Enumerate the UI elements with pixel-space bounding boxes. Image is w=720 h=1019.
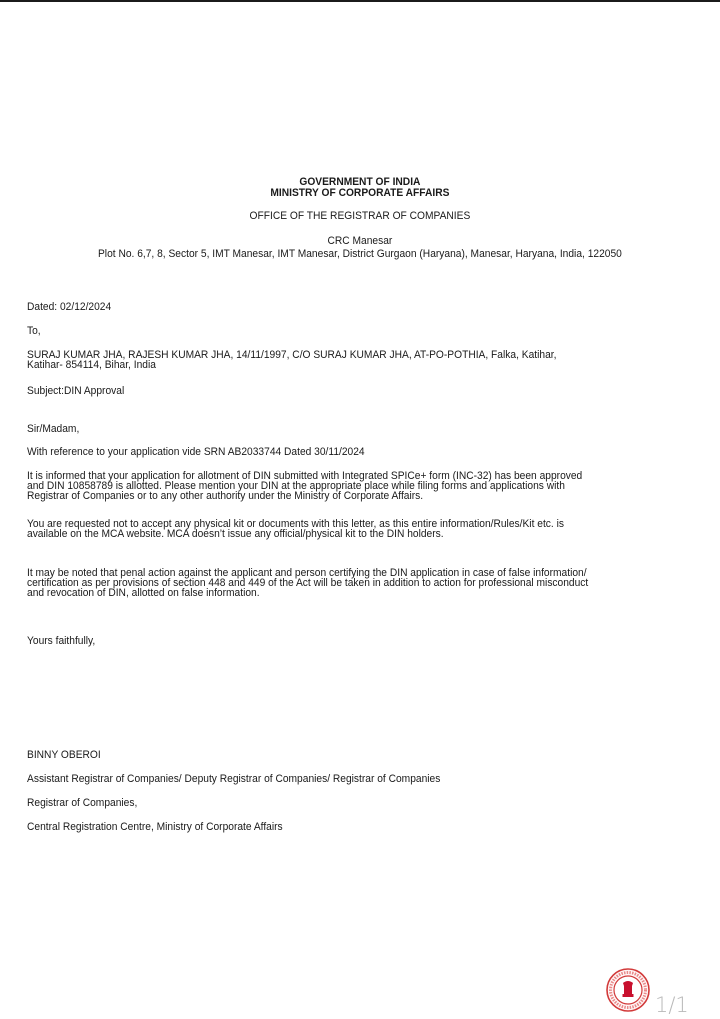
header-ministry: MINISTRY OF CORPORATE AFFAIRS xyxy=(0,188,720,199)
signatory-designation: Assistant Registrar of Companies/ Deputy… xyxy=(27,774,440,785)
letter-closing: Yours faithfully, xyxy=(27,636,95,647)
signatory-name: BINNY OBEROI xyxy=(27,750,101,761)
paragraph-line: available on the MCA website. MCA doesn’… xyxy=(27,529,564,539)
signatory-office: Registrar of Companies, xyxy=(27,798,137,809)
paragraph-penal-action: It may be noted that penal action agains… xyxy=(27,568,588,598)
letter-reference: With reference to your application vide … xyxy=(27,447,365,458)
letter-date: Dated: 02/12/2024 xyxy=(27,302,111,313)
paragraph-line: Registrar of Companies or to any other a… xyxy=(27,491,582,501)
letter-salutation: Sir/Madam, xyxy=(27,424,79,435)
letter-subject: Subject:DIN Approval xyxy=(27,386,124,397)
viewer-top-bar xyxy=(0,0,720,2)
paragraph-physical-kit: You are requested not to accept any phys… xyxy=(27,519,564,539)
letter-to: To, xyxy=(27,326,41,337)
page-indicator: 1/1 xyxy=(655,995,689,1016)
recipient-line: Katihar- 854114, Bihar, India xyxy=(27,360,556,370)
ministry-seal-icon xyxy=(605,967,651,1013)
signatory-centre: Central Registration Centre, Ministry of… xyxy=(27,822,283,833)
recipient-address: SURAJ KUMAR JHA, RAJESH KUMAR JHA, 14/11… xyxy=(27,350,556,370)
paragraph-din-allotment: It is informed that your application for… xyxy=(27,471,582,501)
header-address: Plot No. 6,7, 8, Sector 5, IMT Manesar, … xyxy=(0,249,720,260)
paragraph-line: and revocation of DIN, allotted on false… xyxy=(27,588,588,598)
header-office: OFFICE OF THE REGISTRAR OF COMPANIES xyxy=(0,211,720,222)
header-centre: CRC Manesar xyxy=(0,236,720,247)
